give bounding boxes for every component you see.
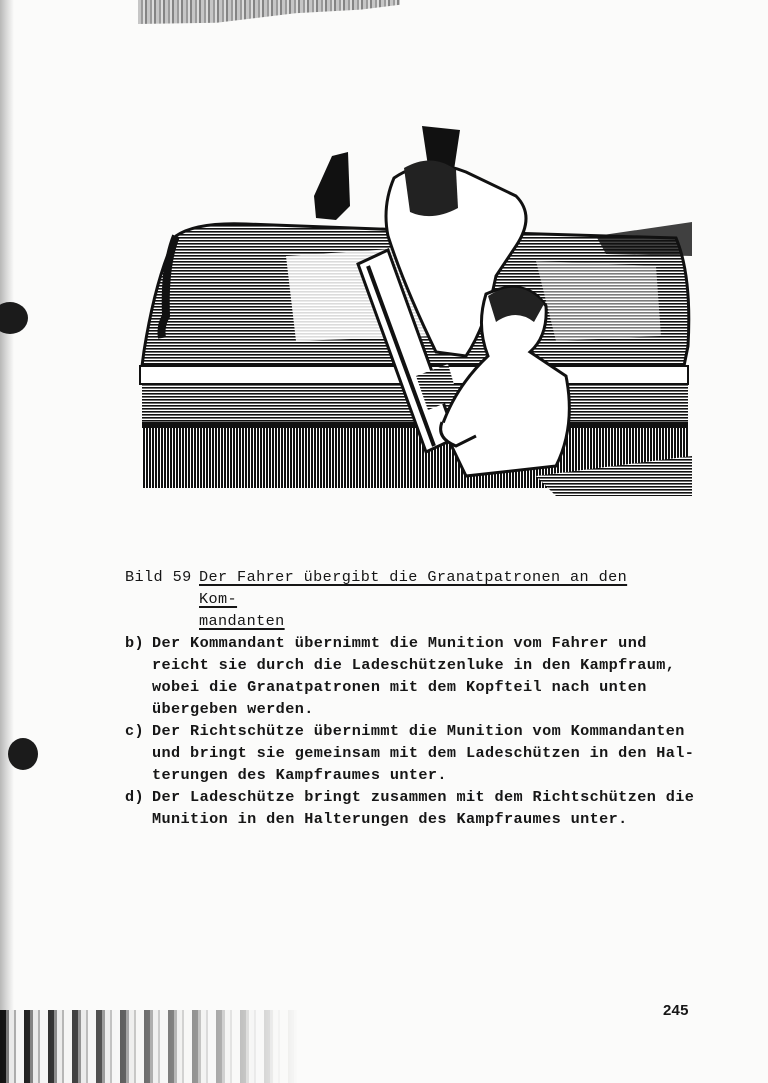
list-item-line: Der Richtschütze übernimmt die Munition … (152, 720, 695, 742)
list-item-line: Der Ladeschütze bringt zusammen mit dem … (152, 786, 695, 808)
figure-title-line: mandanten (199, 612, 285, 630)
instruction-list: b) Der Kommandant übernimmt die Munition… (125, 632, 695, 830)
list-marker: b) (125, 632, 144, 654)
scan-artifact-bottom (0, 1010, 300, 1083)
list-item: b) Der Kommandant übernimmt die Munition… (125, 632, 695, 720)
scan-edge-shadow-left (0, 0, 14, 1083)
punch-hole-icon (8, 738, 38, 770)
punch-hole-icon (0, 302, 28, 334)
list-marker: d) (125, 786, 144, 808)
scan-artifact-top (138, 0, 400, 24)
list-item-line: übergeben werden. (152, 698, 695, 720)
list-item-line: wobei die Granatpatronen mit dem Kopftei… (152, 676, 695, 698)
figure-title: Der Fahrer übergibt die Granatpatronen a… (199, 566, 669, 632)
list-item: d) Der Ladeschütze bringt zusammen mit d… (125, 786, 695, 830)
list-item-line: und bringt sie gemeinsam mit dem Ladesch… (152, 742, 695, 764)
figure-illustration (136, 126, 692, 496)
list-item-line: reicht sie durch die Ladeschützenluke in… (152, 654, 695, 676)
list-item-line: Munition in den Halterungen des Kampfrau… (152, 808, 695, 830)
list-item: c) Der Richtschütze übernimmt die Muniti… (125, 720, 695, 786)
list-item-line: terungen des Kampfraumes unter. (152, 764, 695, 786)
list-item-line: Der Kommandant übernimmt die Munition vo… (152, 632, 695, 654)
page-number: 245 (663, 1002, 689, 1019)
list-marker: c) (125, 720, 144, 742)
figure-label: Bild 59 (125, 566, 192, 588)
tank-crew-illustration-icon (136, 126, 692, 496)
figure-title-line: Der Fahrer übergibt die Granatpatronen a… (199, 568, 627, 608)
